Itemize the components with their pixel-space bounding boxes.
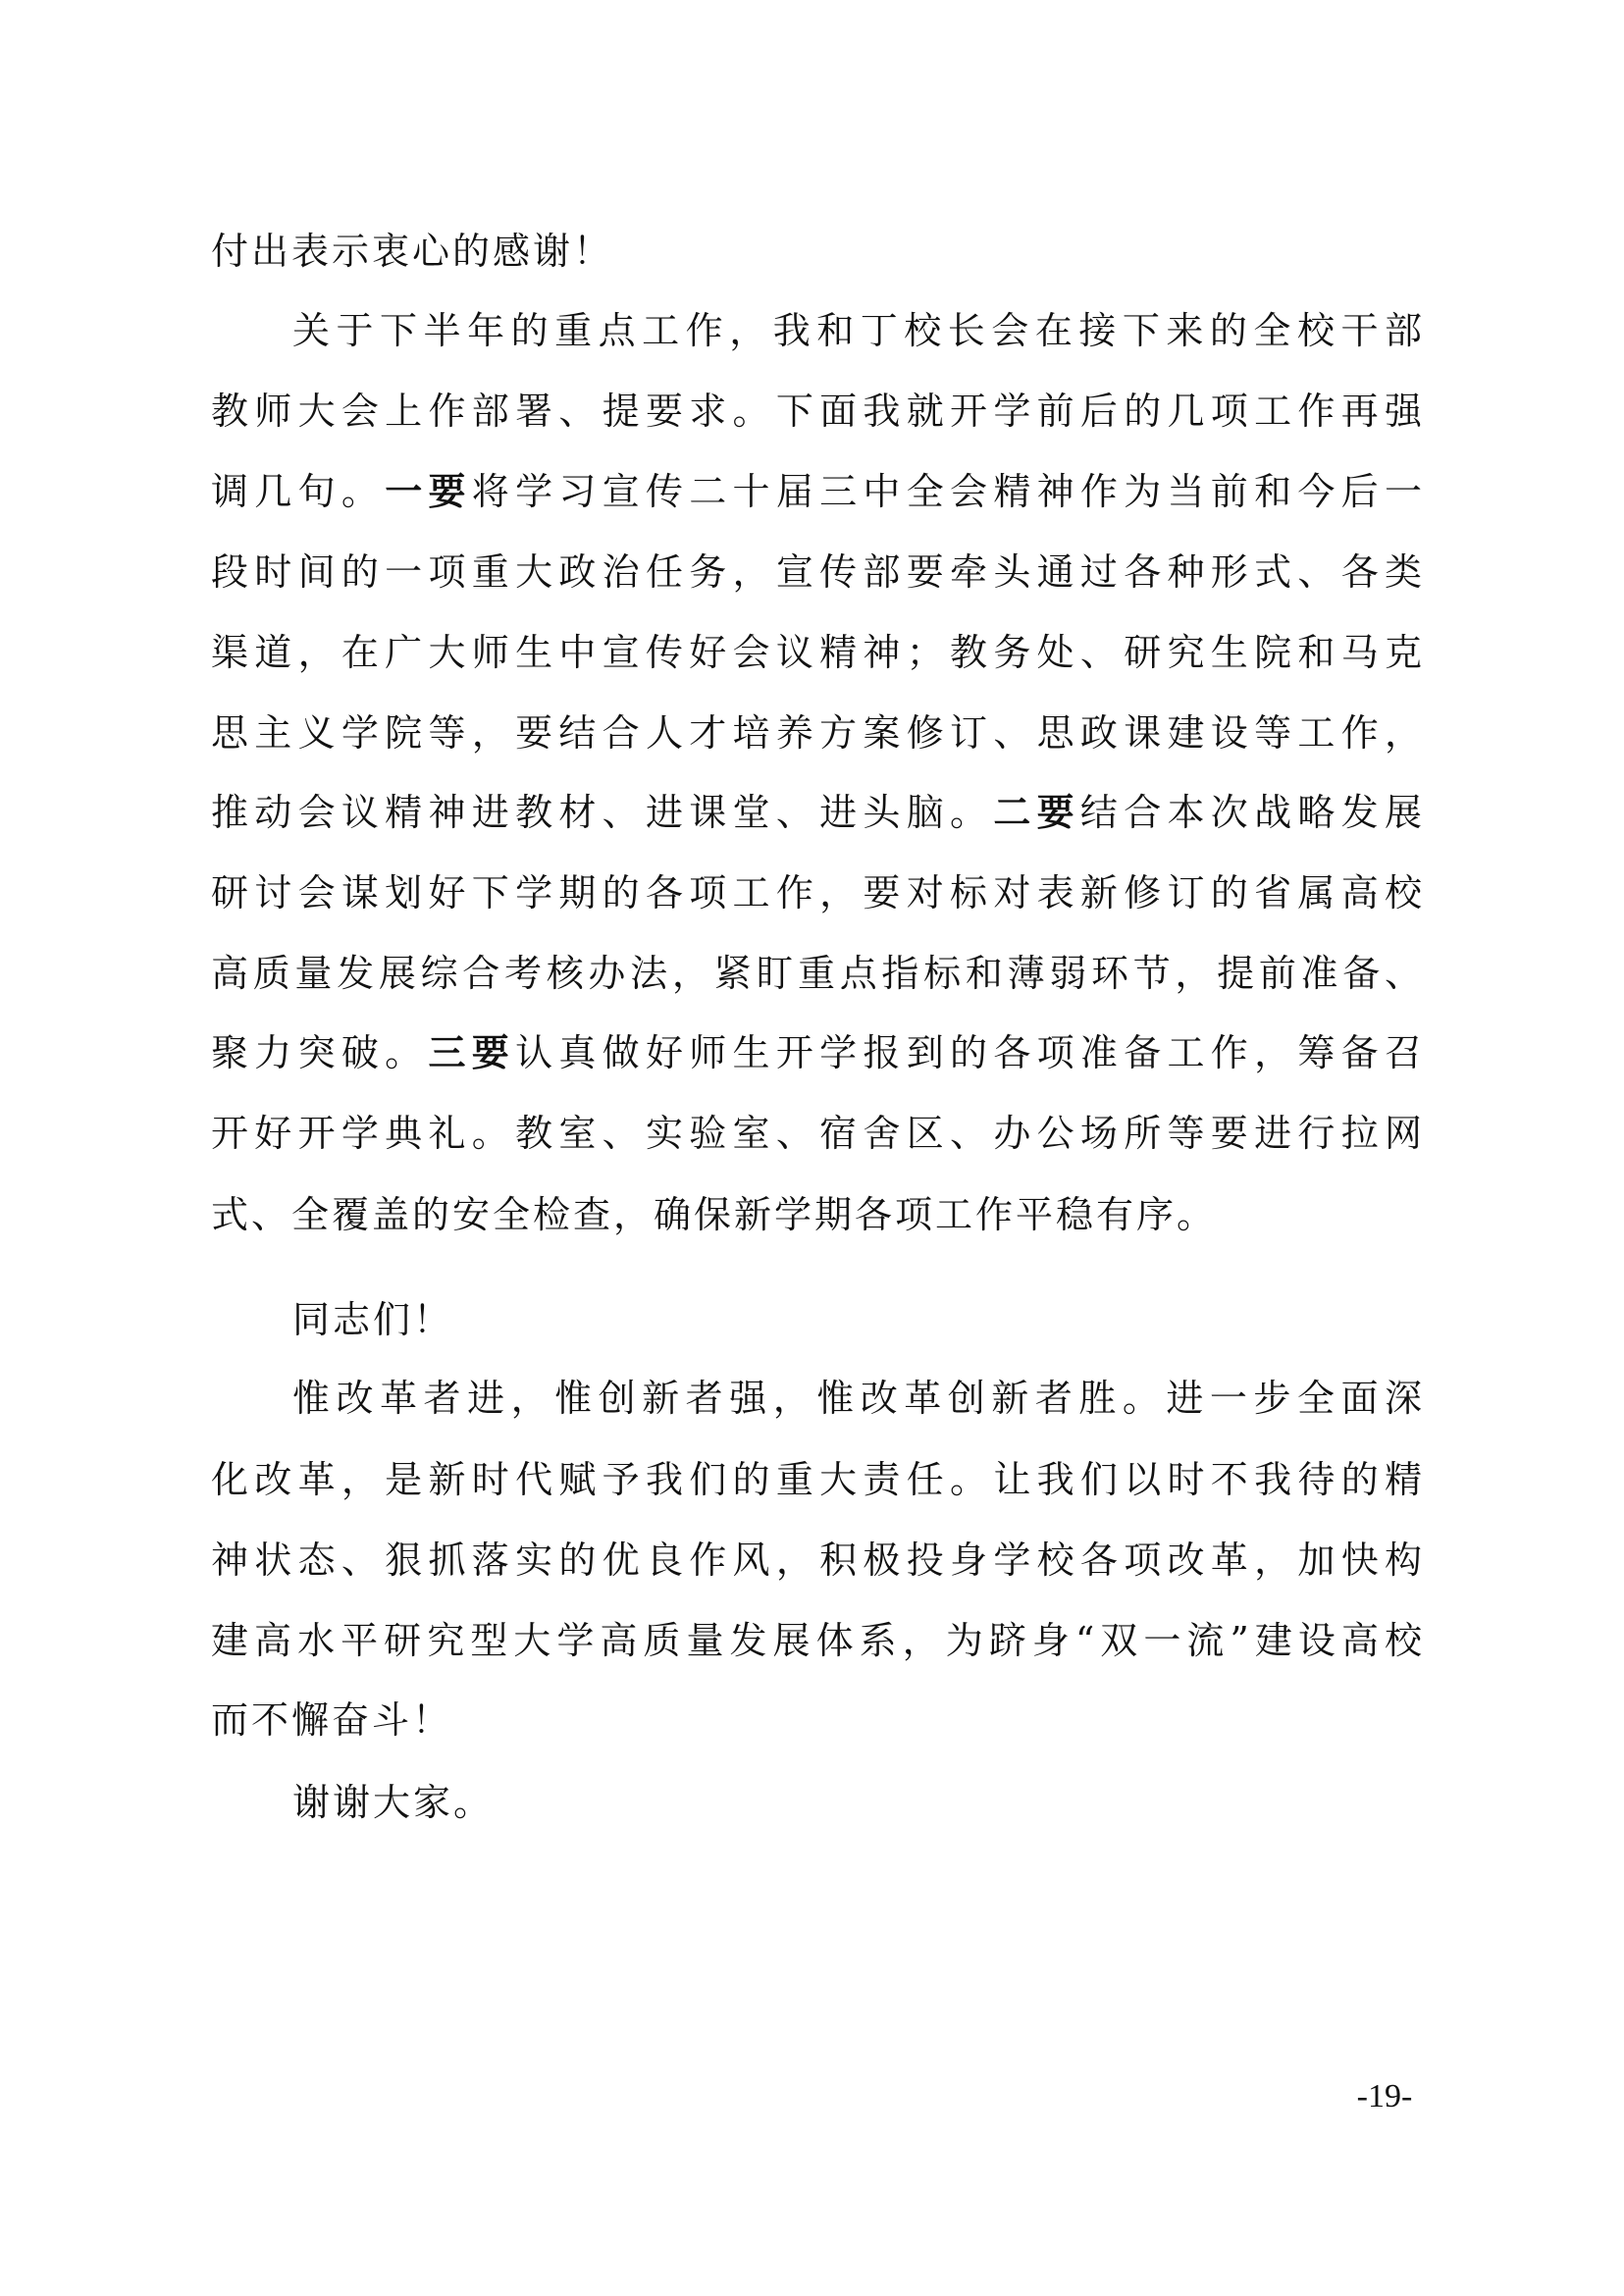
text-line: 渠道，在广大师生中宣传好会议精神；教务处、研究生院和马克 [211, 623, 1422, 682]
document-page: 付出表示衷心的感谢！ 关于下半年的重点工作，我和丁校长会在接下来的全校干部 教师… [0, 0, 1624, 2296]
text-run: 神状态、狠抓落实的优良作风，积极投身学校各项改革，加快构 [211, 1539, 1422, 1582]
text-line: 教师大会上作部署、提要求。下面我就开学前后的几项工作再强 [211, 382, 1422, 441]
text-run: 教师大会上作部署、提要求。下面我就开学前后的几项工作再强 [211, 390, 1422, 433]
text-line: 惟改革者进，惟创新者强，惟改革创新者胜。进一步全面深 [292, 1369, 1422, 1428]
text-run: 渠道，在广大师生中宣传好会议精神；教务处、研究生院和马克 [211, 631, 1422, 674]
text-run: 段时间的一项重大政治任务，宣传部要牵头通过各种形式、各类 [211, 550, 1422, 594]
text-run: 将学习宣传二十届三中全会精神作为当前和今后一 [472, 470, 1422, 513]
page-number: -19- [1340, 2075, 1429, 2118]
text-run: 同志们！ [292, 1298, 453, 1341]
text-run: 研讨会谋划好下学期的各项工作，要对标对表新修订的省属高校 [211, 871, 1422, 914]
emphasis-first-requirement: 一要 [385, 469, 472, 513]
text-line: 式、全覆盖的安全检查，确保新学期各项工作平稳有序。 [211, 1185, 1422, 1244]
text-line: 高质量发展综合考核办法，紧盯重点指标和薄弱环节，提前准备、 [211, 944, 1422, 1003]
text-run: 谢谢大家。 [292, 1781, 494, 1824]
text-line: 神状态、狠抓落实的优良作风，积极投身学校各项改革，加快构 [211, 1531, 1422, 1590]
text-line: 而不懈奋斗！ [211, 1691, 1422, 1749]
text-run: 惟改革者进，惟创新者强，惟改革创新者胜。进一步全面深 [292, 1377, 1422, 1420]
text-run: 建高水平研究型大学高质量发展体系，为跻身“双一流”建设高校 [211, 1619, 1422, 1662]
text-run: 式、全覆盖的安全检查，确保新学期各项工作平稳有序。 [211, 1193, 1217, 1236]
text-line: 思主义学院等，要结合人才培养方案修订、思政课建设等工作， [211, 704, 1422, 762]
text-run: 关于下半年的重点工作，我和丁校长会在接下来的全校干部 [292, 309, 1422, 352]
text-run: 结合本次战略发展 [1080, 791, 1422, 834]
text-run: 认真做好师生开学报到的各项准备工作，筹备召 [515, 1031, 1422, 1074]
text-line: 开好开学典礼。教室、实验室、宿舍区、办公场所等要进行拉网 [211, 1104, 1422, 1163]
text-line: 研讨会谋划好下学期的各项工作，要对标对表新修订的省属高校 [211, 863, 1422, 922]
text-run: 而不懈奋斗！ [211, 1698, 452, 1742]
text-line: 聚力突破。三要认真做好师生开学报到的各项准备工作，筹备召 [211, 1023, 1422, 1082]
text-run: 调几句。 [211, 470, 385, 513]
text-line: 建高水平研究型大学高质量发展体系，为跻身“双一流”建设高校 [211, 1611, 1422, 1670]
text-run: 高质量发展综合考核办法，紧盯重点指标和薄弱环节，提前准备、 [211, 952, 1422, 995]
text-line: 付出表示衷心的感谢！ [211, 222, 1422, 281]
text-line: 推动会议精神进教材、进课堂、进头脑。二要结合本次战略发展 [211, 783, 1422, 842]
text-run: 思主义学院等，要结合人才培养方案修订、思政课建设等工作， [211, 711, 1422, 755]
text-line: 段时间的一项重大政治任务，宣传部要牵头通过各种形式、各类 [211, 543, 1422, 601]
text-run: 化改革，是新时代赋予我们的重大责任。让我们以时不我待的精 [211, 1458, 1422, 1501]
text-run: 聚力突破。 [211, 1031, 428, 1074]
text-run: 付出表示衷心的感谢！ [211, 230, 613, 273]
closing-line: 谢谢大家。 [292, 1773, 1422, 1832]
text-line: 调几句。一要将学习宣传二十届三中全会精神作为当前和今后一 [211, 462, 1422, 521]
salutation-line: 同志们！ [292, 1290, 1422, 1349]
text-line: 化改革，是新时代赋予我们的重大责任。让我们以时不我待的精 [211, 1450, 1422, 1509]
emphasis-third-requirement: 三要 [428, 1030, 515, 1074]
text-line: 关于下半年的重点工作，我和丁校长会在接下来的全校干部 [292, 301, 1422, 360]
text-run: 开好开学典礼。教室、实验室、宿舍区、办公场所等要进行拉网 [211, 1112, 1422, 1155]
emphasis-second-requirement: 二要 [993, 790, 1080, 834]
text-run: 推动会议精神进教材、进课堂、进头脑。 [211, 791, 993, 834]
